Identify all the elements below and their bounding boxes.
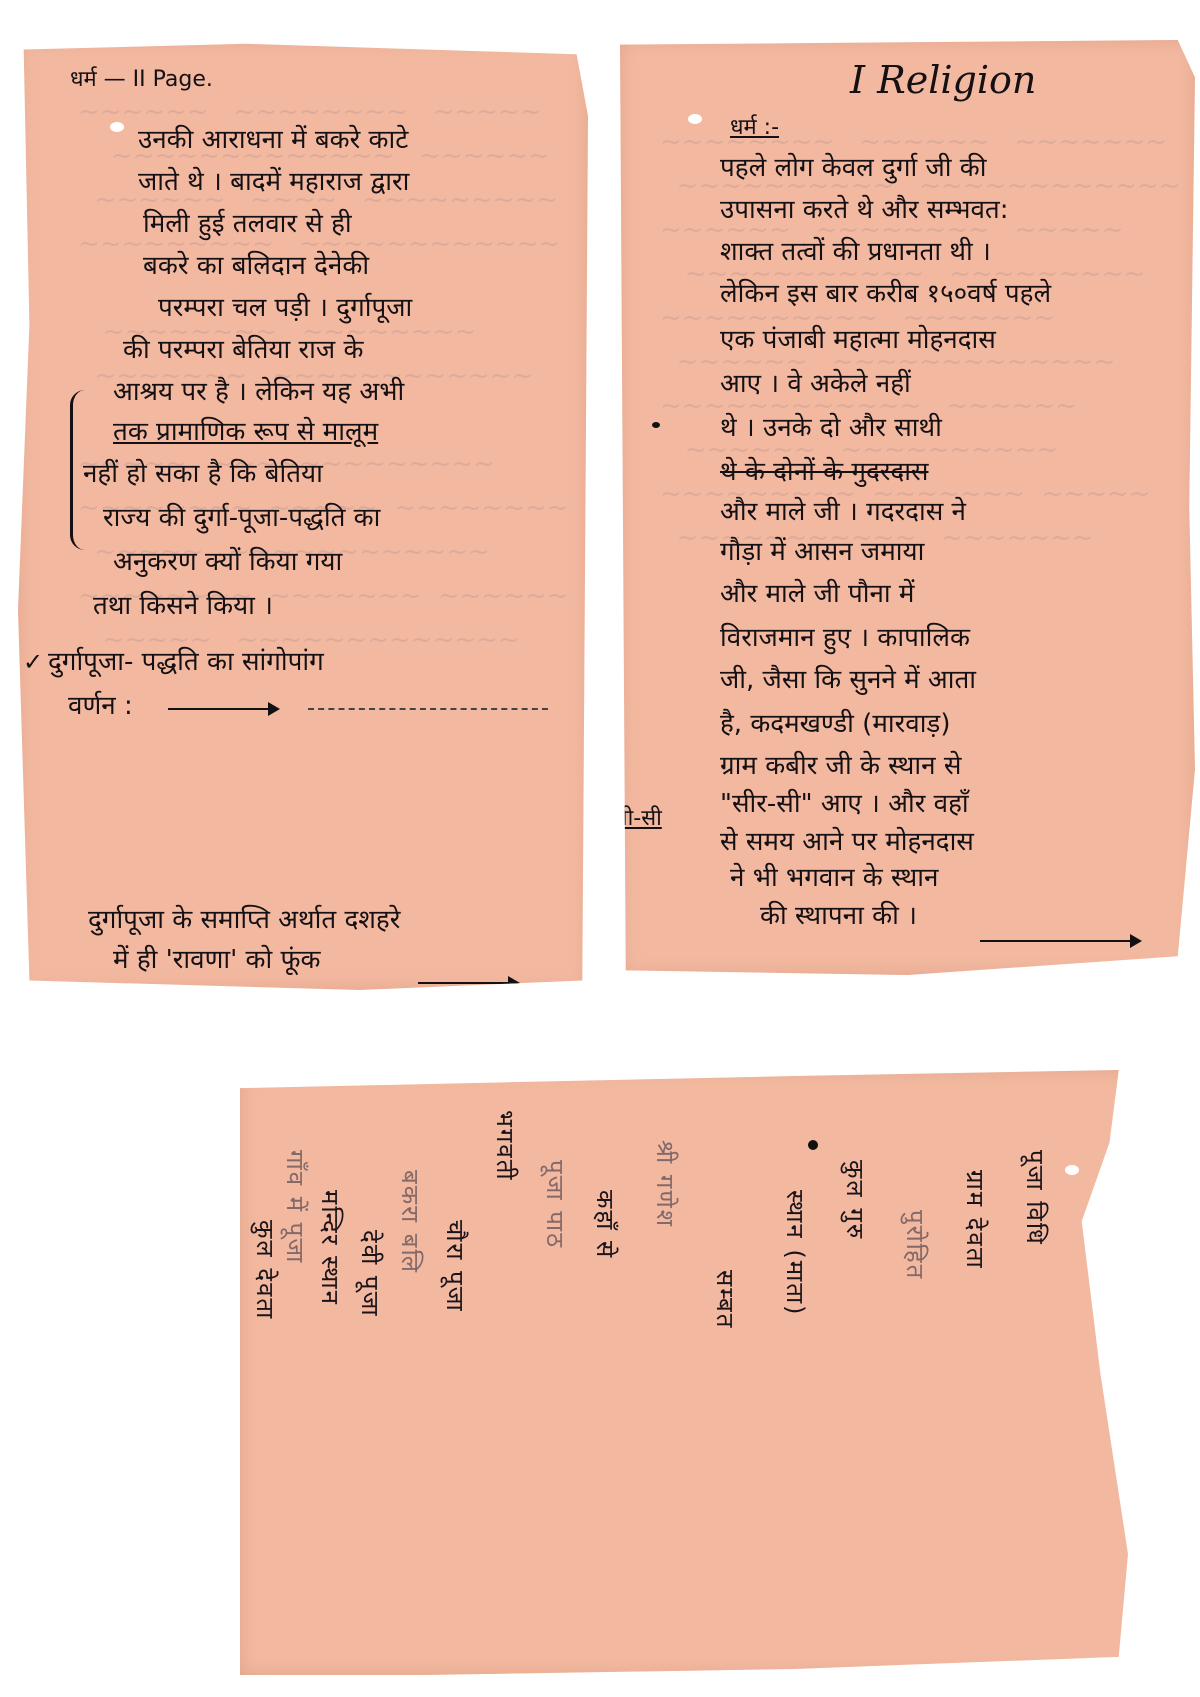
text-line: राज्य की दुर्गा-पूजा-पद्धति का — [103, 498, 380, 538]
arrow-right-icon — [418, 982, 518, 984]
text-line: की स्थापना की । — [760, 896, 917, 936]
text-line: विराजमान हुए । कापालिक — [720, 618, 970, 658]
text-line: उपासना करते थे और सम्भवत: — [720, 190, 1009, 230]
arrow-right-icon — [168, 708, 278, 710]
text-line: अनुकरण क्यों किया गया — [113, 542, 342, 582]
ink-mark — [652, 422, 660, 428]
text-line: परम्परा चल पड़ी । दुर्गापूजा — [158, 288, 412, 328]
text-line: और माले जी पौना में — [720, 574, 914, 614]
rotated-text-column: कुल गुरु — [840, 1160, 870, 1240]
rotated-text-column: श्री गणेश — [650, 1140, 680, 1228]
text-line: शाक्त तत्वों की प्रधानता थी । — [720, 232, 991, 272]
rotated-text-column: पूजा पाठ — [540, 1160, 570, 1249]
text-line: मिली हुई तलवार से ही — [143, 204, 352, 244]
page-header: धर्म — II Page. — [70, 60, 213, 100]
text-line: लेकिन इस बार करीब १५०वर्ष पहले — [720, 274, 1051, 314]
margin-brace — [70, 390, 85, 550]
right-manuscript-sheet: ~~~~~~~~ ~~~~~~ ~~~~~~~ ~~~~~~~~~~ ~~~~~… — [620, 40, 1195, 975]
punch-hole — [688, 114, 702, 124]
text-line: "सीर-सी" आए । और वहाँ — [720, 784, 969, 824]
text-line: नहीं हो सका है कि बेतिया — [83, 454, 323, 494]
bottom-manuscript-sheet: कुल देवता गाँव में पूजा मन्दिर स्थान देव… — [240, 1070, 1165, 1675]
text-line: जी, जैसा कि सुनने में आता — [720, 660, 976, 700]
rotated-text-column: कुल देवता — [250, 1220, 280, 1320]
bullet-line: दुर्गापूजा- पद्धति का सांगोपांग — [48, 642, 324, 682]
punch-hole — [1065, 1165, 1079, 1175]
rotated-text-column: सम्बत — [710, 1270, 740, 1329]
checkmark-icon: ✓ — [23, 642, 43, 682]
rotated-text-column: ग्राम देवता — [960, 1170, 990, 1270]
rotated-text-column: स्थान (माता) — [780, 1190, 810, 1317]
left-manuscript-sheet: ~~~~~~ ~~~~~~~~ ~~~~~ ~~~~~~~~~~~~~ ~~~~… — [18, 40, 588, 990]
text-line: तथा किसने किया । — [93, 586, 273, 626]
text-line: से समय आने पर मोहनदास — [720, 822, 974, 862]
section-heading: धर्म :- — [730, 108, 779, 148]
margin-note: श्री-सी — [612, 802, 662, 832]
rotated-text-column: चौरा पूजा — [440, 1220, 470, 1313]
text-line-underlined: तक प्रामाणिक रूप से मालूम — [113, 412, 378, 452]
text-line: है, कदमखण्डी (मारवाड़) — [720, 704, 951, 744]
text-line: आश्रय पर है । लेकिन यह अभी — [113, 372, 404, 412]
text-line: ग्राम कबीर जी के स्थान से — [720, 746, 961, 786]
text-line: ने भी भगवान के स्थान — [730, 858, 938, 898]
punch-hole — [110, 122, 124, 132]
rotated-text-column: कहाँ से — [590, 1190, 620, 1259]
arrow-right-icon — [980, 940, 1140, 942]
rotated-text-column: पुरोहित — [900, 1210, 930, 1280]
text-line: और माले जी । गदरदास ने — [720, 492, 966, 532]
text-line: पहले लोग केवल दुर्गा जी की — [720, 148, 986, 188]
text-line: बकरे का बलिदान देनेकी — [143, 246, 369, 286]
text-line: जाते थे । बादमें महाराज द्वारा — [138, 162, 409, 202]
sheet-title: I Religion — [850, 60, 1036, 100]
rotated-text-column: देवी पूजा — [355, 1230, 385, 1318]
rotated-text-column: बकरा बलि — [395, 1170, 425, 1274]
text-line-struck: थे के दोनों के गुदरदास — [720, 452, 929, 492]
text-line: आए । वे अकेले नहीं — [720, 364, 911, 404]
rotated-text-column: पूजा विधि — [1020, 1150, 1050, 1246]
rotated-text-column: मन्दिर स्थान — [315, 1190, 345, 1306]
text-line: गौड़ा में आसन जमाया — [720, 532, 924, 572]
dashed-line — [308, 708, 548, 710]
rotated-text-column: गाँव में पूजा — [280, 1150, 310, 1264]
rotated-text-column: भगवती — [490, 1110, 520, 1182]
footer-line: में ही 'रावणा' को फूंक — [113, 940, 321, 980]
text-line: एक पंजाबी महात्मा मोहनदास — [720, 320, 996, 360]
bullet-line-continued: वर्णन : — [68, 686, 133, 726]
text-line: की परम्परा बेतिया राज के — [123, 330, 363, 370]
footer-line: दुर्गापूजा के समाप्ति अर्थात दशहरे — [88, 900, 400, 940]
ink-blot — [808, 1140, 818, 1150]
text-line: उनकी आराधना में बकरे काटे — [138, 120, 408, 160]
text-line: थे । उनके दो और साथी — [720, 408, 942, 448]
